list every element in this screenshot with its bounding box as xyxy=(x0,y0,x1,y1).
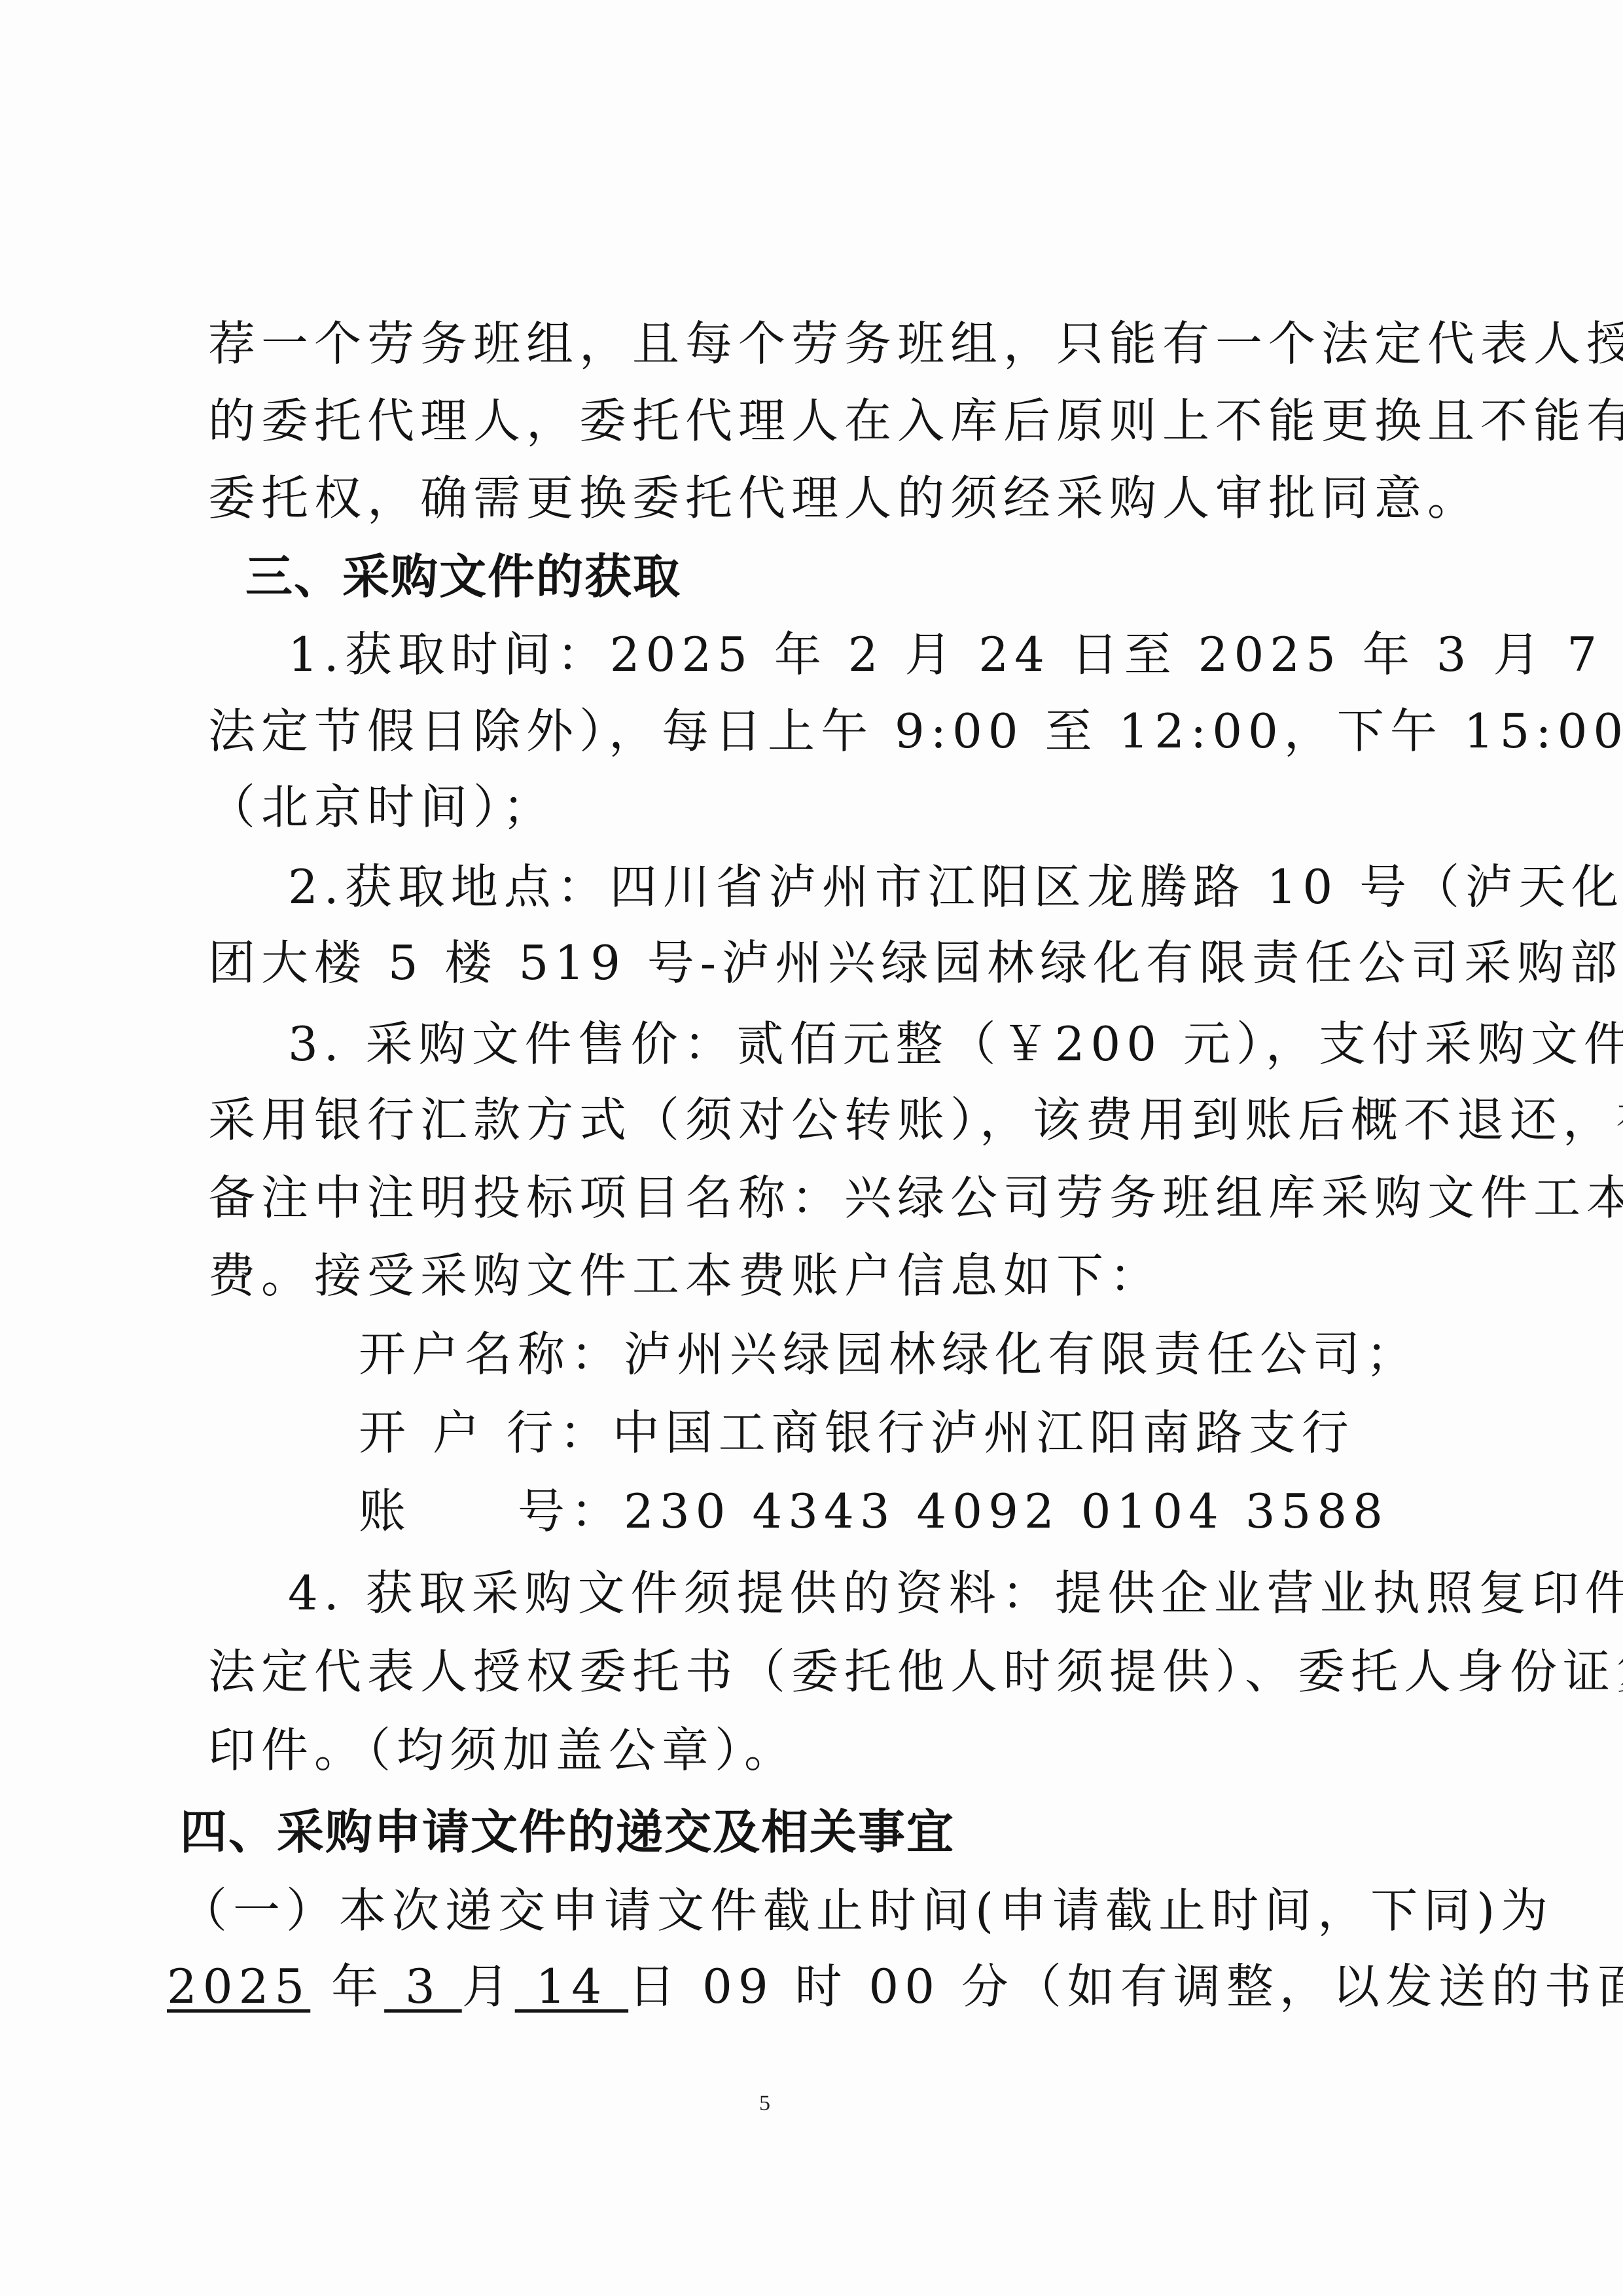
item1-line: 法定节假日除外），每日上午 9:00 至 12:00，下午 15:00 至 18… xyxy=(208,692,1396,770)
deadline-month-suffix: 月 xyxy=(462,1959,515,2014)
item3-line: 3. 采购文件售价：贰佰元整（￥200 元），支付采购文件费 xyxy=(288,1005,1396,1083)
deadline-day: 14 xyxy=(515,1959,628,2014)
item3-line: 费。接受采购文件工本费账户信息如下： xyxy=(208,1237,1396,1314)
account-bank-label: 开 户 行： xyxy=(359,1405,613,1460)
item2-line: 2.获取地点：四川省泸州市江阳区龙腾路 10 号（泸天化集 xyxy=(288,848,1396,925)
submission-line: （一）本次递交申请文件截止时间(申请截止时间，下同)为 xyxy=(180,1872,1396,1949)
item3-line: 采用银行汇款方式（须对公转账），该费用到账后概不退还，在 xyxy=(208,1081,1396,1158)
item1-line: （北京时间）； xyxy=(208,768,1396,846)
page-number: 5 xyxy=(759,2091,770,2116)
deadline-year-suffix: 年 xyxy=(310,1959,384,2014)
item1-line: 1.获取时间：2025 年 2 月 24 日至 2025 年 3 月 7 日（双… xyxy=(288,616,1396,693)
account-number-label: 账 号： xyxy=(359,1484,624,1539)
account-name-label: 开户名称： xyxy=(359,1327,624,1382)
account-name-row: 开户名称：泸州兴绿园林绿化有限责任公司； xyxy=(359,1316,1275,1393)
account-number-row: 账 号：230 4343 4092 0104 3588 xyxy=(359,1473,1275,1550)
item4-line: 印件。（均须加盖公章）。 xyxy=(208,1712,1396,1789)
paragraph-line: 委托权，确需更换委托代理人的须经采购人审批同意。 xyxy=(208,459,1396,537)
document-page: 荐一个劳务班组，且每个劳务班组，只能有一个法定代表人授权 的委托代理人，委托代理… xyxy=(0,0,1623,2296)
deadline-year: 2025 xyxy=(167,1959,310,2014)
section-heading: 四、采购申请文件的递交及相关事宜 xyxy=(180,1793,1368,1871)
item4-line: 法定代表人授权委托书（委托他人时须提供）、委托人身份证复 xyxy=(208,1633,1396,1710)
item3-line: 备注中注明投标项目名称：兴绿公司劳务班组库采购文件工本 xyxy=(208,1159,1396,1236)
paragraph-line: 荐一个劳务班组，且每个劳务班组，只能有一个法定代表人授权 xyxy=(208,305,1396,382)
paragraph-line: 的委托代理人，委托代理人在入库后原则上不能更换且不能有转 xyxy=(208,382,1396,459)
item2-line: 团大楼 5 楼 519 号-泸州兴绿园林绿化有限责任公司采购部） xyxy=(208,924,1396,1001)
account-name-value: 泸州兴绿园林绿化有限责任公司； xyxy=(624,1327,1419,1382)
account-bank-value: 中国工商银行泸州江阳南路支行 xyxy=(613,1405,1355,1460)
section-heading: 三、采购文件的获取 xyxy=(245,538,1433,615)
account-bank-row: 开 户 行：中国工商银行泸州江阳南路支行 xyxy=(359,1394,1275,1471)
account-number-value: 230 4343 4092 0104 3588 xyxy=(624,1484,1389,1539)
deadline-day-suffix: 日 09 时 00 分（如有调整，以发送的书面文件 xyxy=(628,1959,1623,2014)
item4-line: 4. 获取采购文件须提供的资料：提供企业营业执照复印件、 xyxy=(288,1554,1396,1632)
deadline-line: 2025 年 3 月 14 日 09 时 00 分（如有调整，以发送的书面文件 xyxy=(167,1948,1396,2025)
deadline-month: 3 xyxy=(384,1959,462,2014)
